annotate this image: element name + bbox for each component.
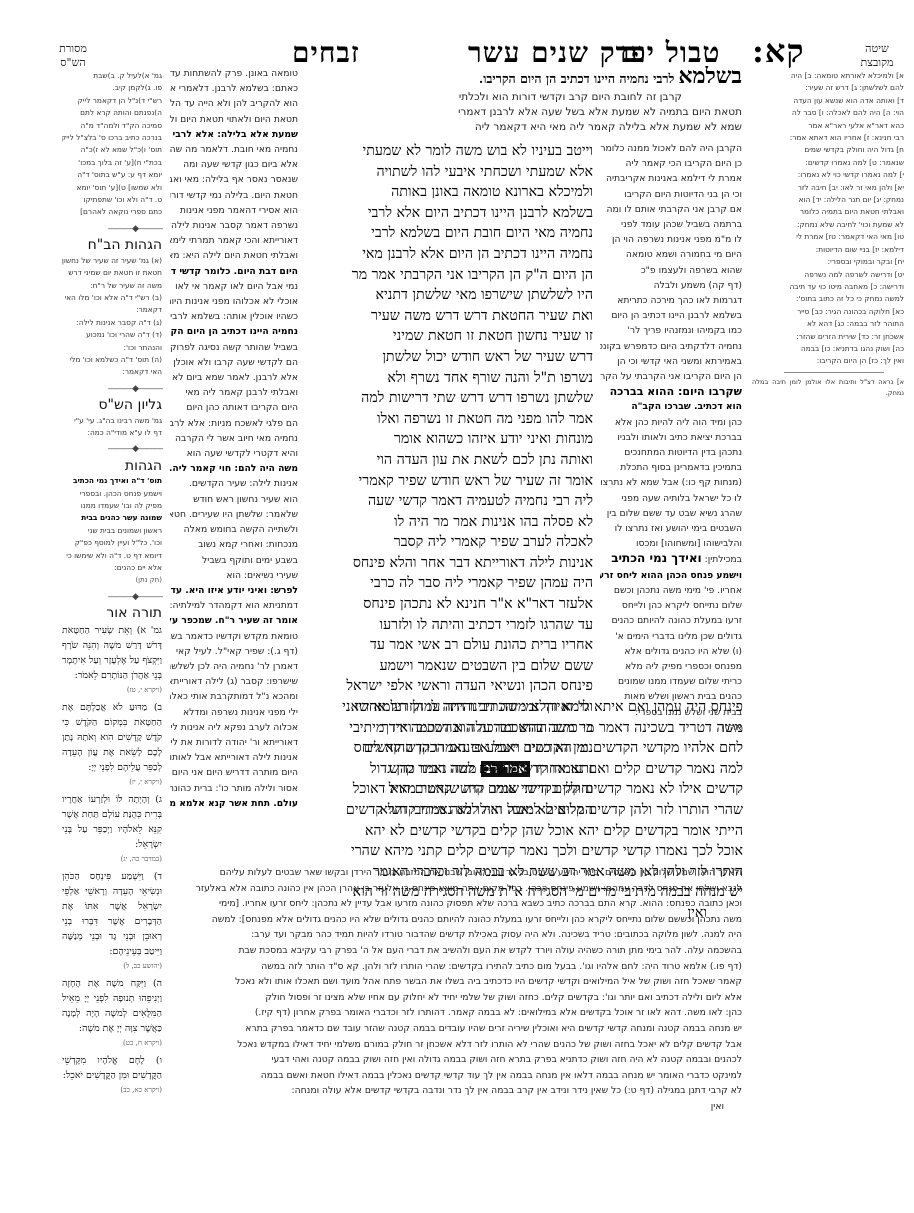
torah-entry: גמ' א) וְאֵת שְׂעִיר הַחַטָּאת דָּרֹשׁ ד…	[62, 623, 162, 698]
tractate-name: זבחים	[292, 36, 360, 70]
torah-entry: ו) לֶחֶם אֱלֹהָיו מִקָּדְשֵׁי הַקֳּדָשִׁ…	[62, 1053, 162, 1098]
tosafot-column: טומאה באונן. פרק להשתחות עד הלילה ולאוכל…	[170, 66, 298, 811]
hagahot-habach: (א) גמ' שעיר זה שעיר של נחשון חטאת זו חט…	[62, 255, 162, 379]
gilyon-hashas: גמ' משה רבינו בה"ג. עי' ע"י דף לו ע"א מו…	[62, 415, 162, 440]
divider-rule	[784, 372, 884, 373]
shita-mekubetzet-label: שיטה מקובצת	[852, 42, 902, 70]
ornament-divider: ―――◆―――	[62, 223, 162, 235]
shita-footnote: א] נראה דצ"ל ותיבות אלו אולמן לומן תיבה …	[752, 377, 904, 399]
torah-entry: ג) וְהָיְתָה לּוֹ וּלְזַרְעוֹ אַחֲרָיו ב…	[62, 792, 162, 867]
rashi-column: הקרבן היה להם לאכול ממנה כלומר כן היום ה…	[600, 141, 742, 735]
vaeidach-heading: ואידך נמי הכתיב	[611, 551, 701, 565]
torah-entry: ה) וַיִּקַּח משֶׁה אֶת הֶחָזֶה וַיְנִיפֵ…	[62, 976, 162, 1051]
ornament-divider: ―――◆―――	[62, 443, 162, 455]
torah-or: גמ' א) וְאֵת שְׂעִיר הַחַטָּאת דָּרֹשׁ ד…	[62, 623, 162, 1098]
gilyon-hashas-title: גליון הש"ס	[62, 399, 162, 411]
shita-mekubetzet: א] ולמיכלא לאורתא טומאה: ב] היה להם לשלש…	[752, 70, 904, 399]
hagahot: תוס' ד"ה ואידך נמי הכתיב וישמע פנחס הכהן…	[62, 475, 162, 587]
page-header: מסורת הש"ס זבחים פרק שנים עשר טבול יום ק…	[0, 0, 914, 62]
daf-number: קא:	[752, 32, 804, 70]
bach-title: הגהות הב"ח	[62, 239, 162, 251]
torah-entry: ב) מַדּוּעַ לֹא אֲכַלְתֶּם אֶת הַחַטָּאת…	[62, 700, 162, 790]
mesoret-hashas-label: מסורת הש"ס	[48, 42, 98, 70]
ornament-divider: ―――◆―――	[62, 383, 162, 395]
torah-or-title: תורה אור	[62, 607, 162, 619]
left-margin: גמ' א)לעיל ק. ב)שבת פו. ג)לקמן קיב. רש"י…	[62, 70, 162, 1100]
opening-word: בשלמא	[678, 66, 742, 89]
chapter-name: טבול יום	[620, 36, 720, 70]
ornament-divider: ―――◆―――	[62, 591, 162, 603]
bottom-commentary: ולאלך הוא: שמע שלום בין השבטים. בימי יהו…	[170, 865, 742, 1115]
hagahot-title: הגהות	[62, 460, 162, 472]
mesoret-hashas: גמ' א)לעיל ק. ב)שבת פו. ג)לקמן קיב. רש"י…	[62, 70, 162, 219]
gemara-opening: בשלמא לרבי נחמיה היינו דכתיב הן היום הקר…	[458, 66, 742, 135]
torah-entry: ד) וַיִּשְׁמַע פִּינְחָס הַכֹּהֵן וּנְשִ…	[62, 869, 162, 974]
